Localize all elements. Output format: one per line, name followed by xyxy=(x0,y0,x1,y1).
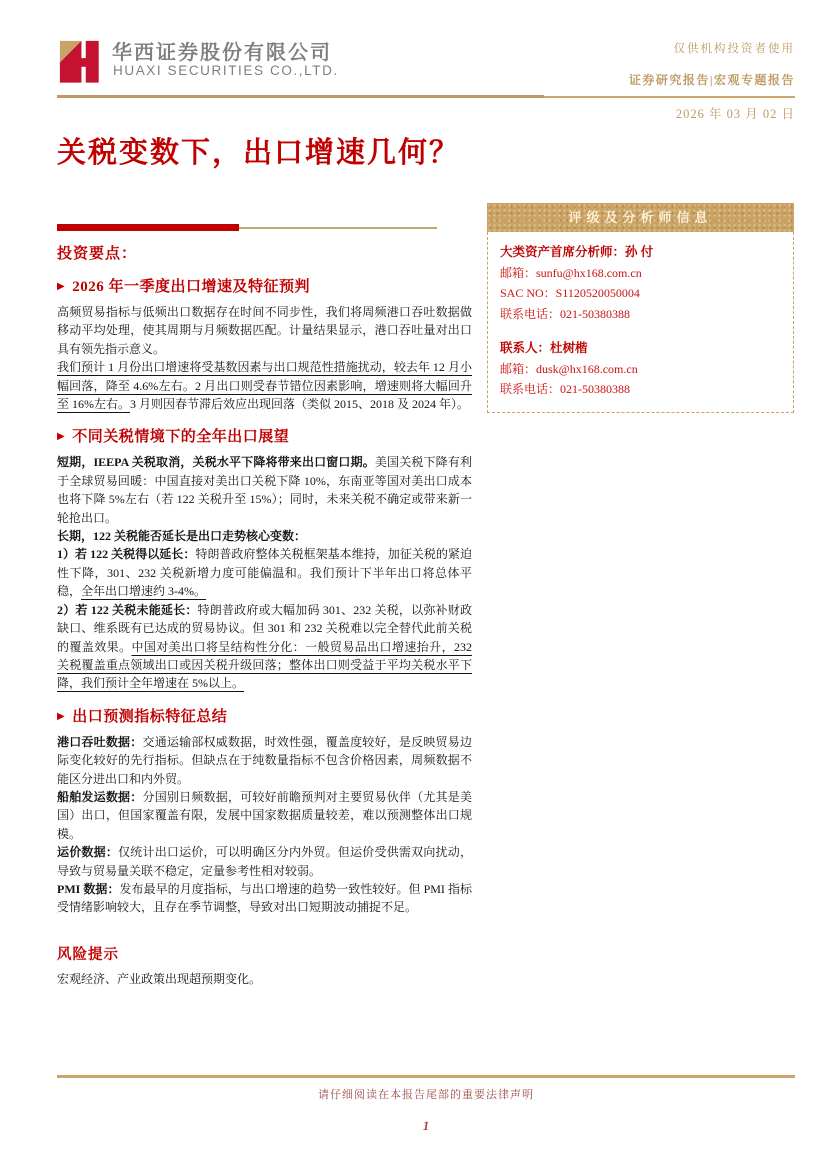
analyst-email: 邮箱：sunfu@hx168.com.cn xyxy=(500,263,781,284)
text-segment: 高频贸易指标与低频出口数据存在时间不同步性，我们将周频港口吞吐数据做移动平均处理… xyxy=(57,305,472,356)
contact-name: 联系人：杜树楷 xyxy=(500,338,781,359)
audience-note: 仅供机构投资者使用 xyxy=(629,40,795,56)
contact-phone: 联系电话：021-50380388 xyxy=(500,379,781,400)
section-heading-text: 不同关税情境下的全年出口展望 xyxy=(72,429,289,445)
text-segment: 3 月则因春节滞后效应出现回落（类似 2015、2018 及 2024 年）。 xyxy=(130,397,469,411)
title-underline-row xyxy=(57,224,472,232)
section-heading: ▶不同关税情境下的全年出口展望 xyxy=(57,425,472,446)
main-column: 投资要点： ▶2026 年一季度出口增速及特征预判高频贸易指标与低频出口数据存在… xyxy=(57,224,472,988)
footer-legal-notice: 请仔细阅读在本报告尾部的重要法律声明 xyxy=(57,1086,795,1102)
paragraph: 长期，122 关税能否延长是出口走势核心变数： xyxy=(57,527,472,545)
report-page: 华西证券股份有限公司 HUAXI SECURITIES CO.,LTD. 仅供机… xyxy=(0,0,827,1169)
company-name-cn: 华西证券股份有限公司 xyxy=(112,36,332,65)
section-heading: ▶2026 年一季度出口增速及特征预判 xyxy=(57,275,472,296)
text-segment: 2）若 122 关税未能延长： xyxy=(57,603,198,617)
paragraph: 运价数据：仅统计出口运价，可以明确区分内外贸。但运价受供需双向扰动，导致与贸易量… xyxy=(57,843,472,880)
text-segment: 船舶发运数据： xyxy=(57,790,142,804)
header-divider-thin xyxy=(544,96,795,98)
analyst-info-box: 评级及分析师信息 大类资产首席分析师：孙 付 邮箱：sunfu@hx168.co… xyxy=(487,203,794,413)
page-number: 1 xyxy=(57,1118,795,1134)
report-type: 证券研究报告|宏观专题报告 xyxy=(629,71,795,88)
page-title: 关税变数下，出口增速几何？ xyxy=(57,130,460,171)
paragraph: 船舶发运数据：分国别日频数据，可较好前瞻预判对主要贸易伙伴（尤其是美国）出口，但… xyxy=(57,788,472,843)
summary-label: 投资要点： xyxy=(57,242,472,263)
text-segment: 发布最早的月度指标，与出口增速的趋势一致性较好。但 PMI 指标受情绪影响较大，… xyxy=(57,882,472,914)
header-divider-thick xyxy=(57,95,544,98)
company-name-en: HUAXI SECURITIES CO.,LTD. xyxy=(113,63,339,78)
text-segment: PMI 数据： xyxy=(57,882,120,896)
contact-email: 邮箱：dusk@hx168.com.cn xyxy=(500,359,781,380)
risk-heading: 风险提示 xyxy=(57,943,472,964)
analyst-box-header: 评级及分析师信息 xyxy=(487,203,794,232)
huaxi-logo-icon xyxy=(57,34,103,88)
text-segment: 仅统计出口运价，可以明确区分内外贸。但运价受供需双向扰动，导致与贸易量关联不稳定… xyxy=(57,845,472,877)
header-right-block: 仅供机构投资者使用 证券研究报告|宏观专题报告 xyxy=(629,40,795,88)
text-segment: 运价数据： xyxy=(57,845,118,859)
analyst-sac-no: SAC NO：S1120520050004 xyxy=(500,283,781,304)
tan-rule xyxy=(239,227,437,229)
text-segment: 港口吞吐数据： xyxy=(57,735,142,749)
text-segment: 短期，IEEPA 关税取消，关税水平下降将带来出口窗口期。 xyxy=(57,455,375,469)
text-segment: 长期，122 关税能否延长是出口走势核心变数： xyxy=(57,529,306,543)
paragraph: PMI 数据：发布最早的月度指标，与出口增速的趋势一致性较好。但 PMI 指标受… xyxy=(57,880,472,917)
text-segment: 全年出口增速约 3-4%。 xyxy=(81,584,206,598)
red-accent-bar xyxy=(57,224,239,231)
paragraph: 2）若 122 关税未能延长：特朗普政府或大幅加码 301、232 关税，以弥补… xyxy=(57,601,472,693)
spacer xyxy=(500,324,781,338)
section-heading-text: 出口预测指标特征总结 xyxy=(72,709,227,725)
triangle-bullet-icon: ▶ xyxy=(57,711,65,722)
text-segment: 1）若 122 关税得以延长： xyxy=(57,547,195,561)
section-heading: ▶出口预测指标特征总结 xyxy=(57,705,472,726)
analyst-phone: 联系电话：021-50380388 xyxy=(500,304,781,325)
paragraph: 高频贸易指标与低频出口数据存在时间不同步性，我们将周频港口吞吐数据做移动平均处理… xyxy=(57,303,472,358)
analyst-name: 大类资产首席分析师：孙 付 xyxy=(500,242,781,263)
section-heading-text: 2026 年一季度出口增速及特征预判 xyxy=(72,279,310,295)
paragraph: 短期，IEEPA 关税取消，关税水平下降将带来出口窗口期。美国关税下降有利于全球… xyxy=(57,453,472,527)
paragraph: 我们预计 1 月份出口增速将受基数因素与出口规范性措施扰动，较去年 12 月小幅… xyxy=(57,358,472,413)
report-date: 2026 年 03 月 02 日 xyxy=(676,104,795,122)
triangle-bullet-icon: ▶ xyxy=(57,281,65,292)
paragraph: 港口吞吐数据：交通运输部权威数据，时效性强，覆盖度较好，是反映贸易边际变化较好的… xyxy=(57,733,472,788)
paragraph: 1）若 122 关税得以延长：特朗普政府整体关税框架基本维持，加征关税的紧迫性下… xyxy=(57,545,472,600)
risk-body: 宏观经济、产业政策出现超预期变化。 xyxy=(57,970,472,988)
triangle-bullet-icon: ▶ xyxy=(57,431,65,442)
analyst-box-body: 大类资产首席分析师：孙 付 邮箱：sunfu@hx168.com.cn SAC … xyxy=(487,232,794,413)
footer-divider xyxy=(57,1075,795,1078)
summary-sections: ▶2026 年一季度出口增速及特征预判高频贸易指标与低频出口数据存在时间不同步性… xyxy=(57,275,472,917)
